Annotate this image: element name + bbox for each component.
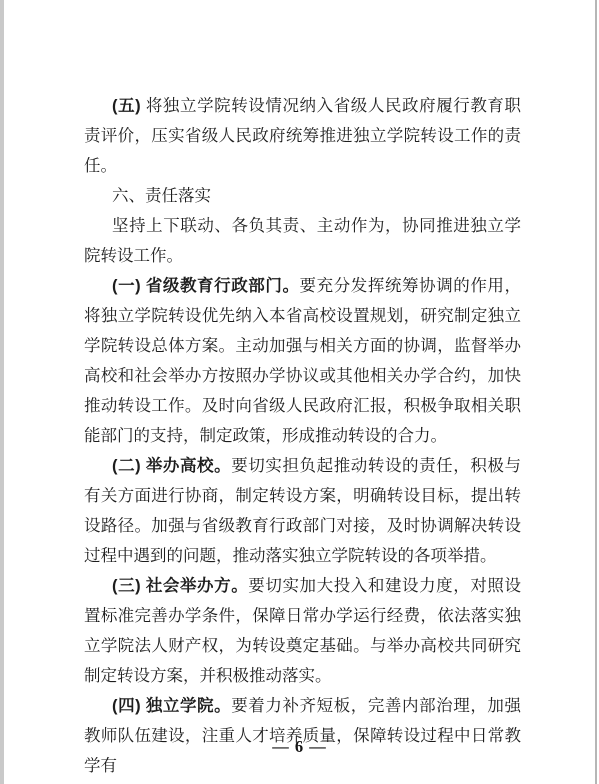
- paragraph-item-1-text: 要充分发挥统筹协调的作用，将独立学院转设优先纳入本省高校设置规划，研究制定独立学…: [84, 277, 521, 445]
- page-number: — 6 —: [0, 737, 599, 757]
- paragraph-item-5: (五) 将独立学院转设情况纳入省级人民政府履行教育职责评价，压实省级人民政府统筹…: [84, 91, 521, 181]
- paragraph-item-2: (二) 举办高校。要切实担负起推动转设的责任，积极与有关方面进行协商，制定转设方…: [84, 451, 521, 571]
- document-content: (五) 将独立学院转设情况纳入省级人民政府履行教育职责评价，压实省级人民政府统筹…: [84, 91, 521, 781]
- page-right-edge-rule: [595, 0, 597, 784]
- paragraph-item-3: (三) 社会举办方。要切实加大投入和建设力度，对照设置标准完善办学条件，保障日常…: [84, 571, 521, 691]
- section-heading-6: 六、责任落实: [84, 181, 521, 211]
- paragraph-item-5-text: 将独立学院转设情况纳入省级人民政府履行教育职责评价，压实省级人民政府统筹推进独立…: [84, 97, 521, 175]
- paragraph-item-5-lead: (五): [112, 97, 146, 115]
- paragraph-item-4-lead: (四) 独立学院。: [112, 697, 231, 715]
- paragraph-item-1: (一) 省级教育行政部门。要充分发挥统筹协调的作用，将独立学院转设优先纳入本省高…: [84, 271, 521, 451]
- paragraph-item-2-lead: (二) 举办高校。: [112, 457, 231, 475]
- paragraph-item-1-lead: (一) 省级教育行政部门。: [112, 277, 300, 295]
- paragraph-section-6-intro: 坚持上下联动、各负其责、主动作为，协同推进独立学院转设工作。: [84, 211, 521, 271]
- page-left-edge-strip: [0, 0, 4, 784]
- paragraph-item-4: (四) 独立学院。要着力补齐短板，完善内部治理，加强教师队伍建设，注重人才培养质…: [84, 691, 521, 781]
- document-page: (五) 将独立学院转设情况纳入省级人民政府履行教育职责评价，压实省级人民政府统筹…: [0, 0, 599, 784]
- paragraph-item-3-lead: (三) 社会举办方。: [112, 577, 248, 595]
